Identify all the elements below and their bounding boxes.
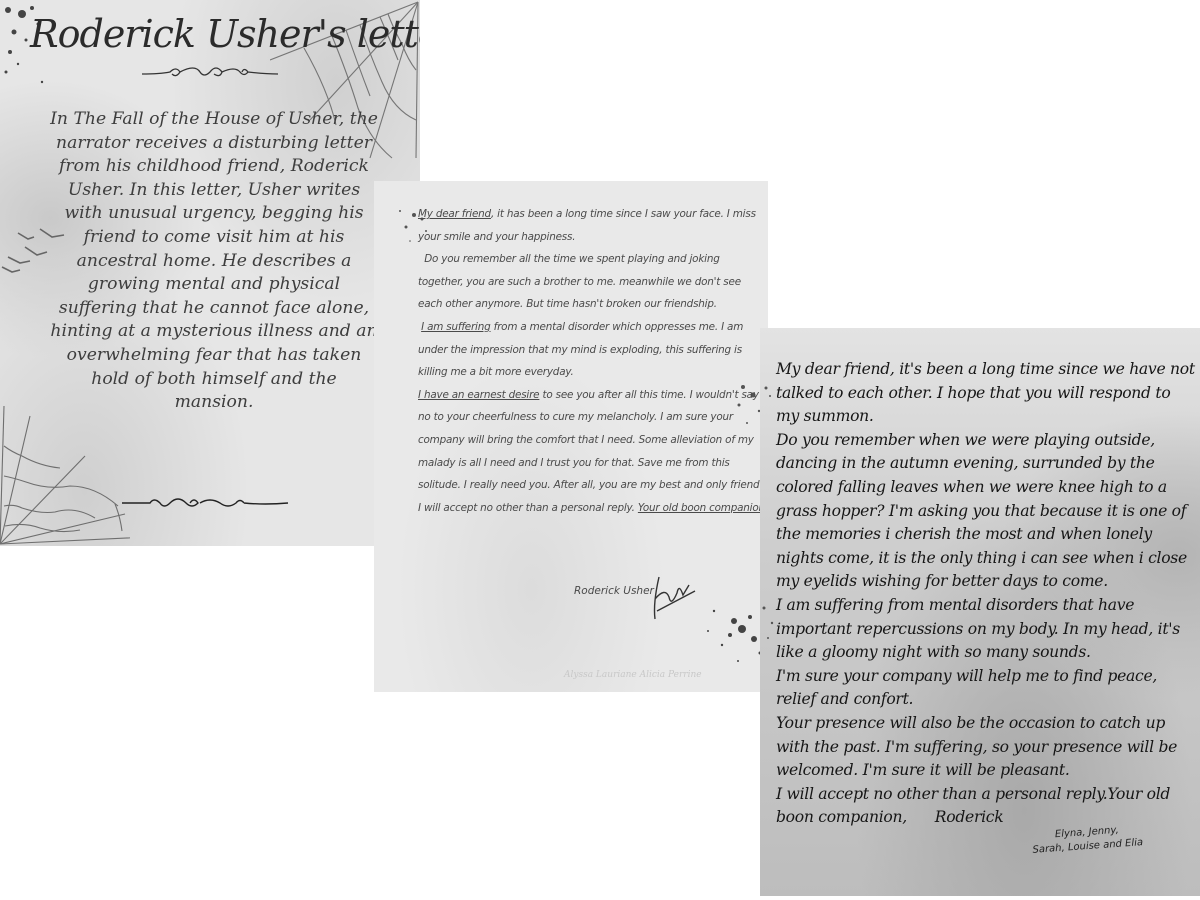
letter-paragraph: Do you remember all the time we spent pl… (418, 248, 768, 316)
letter-paragraph: I am suffering from a mental disorder wh… (418, 316, 768, 384)
letter-paragraph: I have an earnest desire to see you afte… (418, 384, 768, 497)
letter-paragraph: My dear friend, it has been a long time … (418, 203, 768, 248)
letter-body: My dear friend, it has been a long time … (418, 203, 768, 519)
intro-panel: Roderick Usher's letter In The Fall of t… (0, 0, 420, 546)
letter-paragraph: Your presence will also be the occasion … (776, 712, 1196, 783)
signature-scribble-icon (649, 573, 699, 623)
flourish-icon (120, 493, 290, 513)
calligraphy-letter-panel: My dear friend, it's been a long time si… (760, 328, 1200, 896)
letter-paragraph: My dear friend, it's been a long time si… (776, 358, 1196, 429)
flourish-icon (140, 62, 280, 82)
letter-paragraph: I am suffering from mental disorders tha… (776, 594, 1196, 665)
letter-paragraph: I'm sure your company will help me to fi… (776, 665, 1196, 712)
letter-paragraph: Do you remember when we were playing out… (776, 429, 1196, 594)
page-title: Roderick Usher's letter (30, 12, 410, 56)
handwritten-letter-panel: My dear friend, it has been a long time … (374, 181, 768, 692)
letter-paragraph: I will accept no other than a personal r… (418, 497, 768, 520)
signature-name: Roderick Usher (574, 585, 654, 597)
intro-paragraph: In The Fall of the House of Usher, the n… (50, 108, 378, 415)
spiderweb-icon (0, 396, 130, 546)
watermark: Alyssa Lauriane Alicia Perrine (564, 670, 702, 680)
letter-body: My dear friend, it's been a long time si… (776, 358, 1196, 830)
ink-splatter-icon (694, 601, 768, 681)
